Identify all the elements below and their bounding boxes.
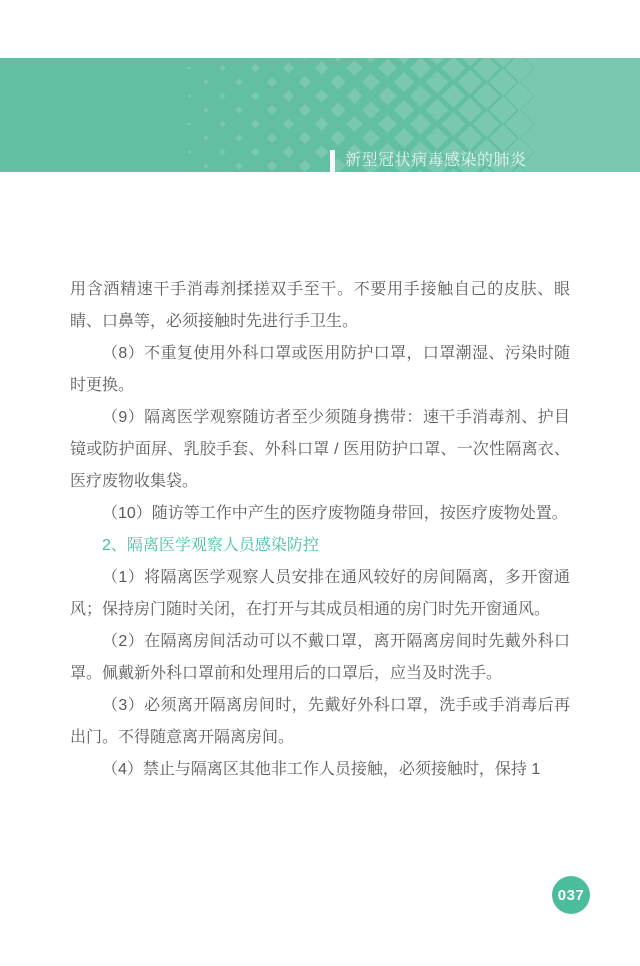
paragraph-item-10: （10）随访等工作中产生的医疗废物随身带回，按医疗废物处置。 [70,498,570,530]
handbook-title-line1: 新型冠状病毒感染的肺炎 [345,149,527,172]
handbook-title: 新型冠状病毒感染的肺炎 江苏省高校防控指导手册 [345,149,527,195]
paragraph-continuation: 用含酒精速干手消毒剂揉搓双手至干。不要用手接触自己的皮肤、眼睛、口鼻等，必须接触… [70,274,570,338]
handbook-title-line2: 江苏省高校防控指导手册 [345,172,527,195]
handbook-page: 新型冠状病毒感染的肺炎 江苏省高校防控指导手册 用含酒精速干手消毒剂揉搓双手至干… [0,0,640,966]
paragraph-item-3: （3）必须离开隔离房间时，先戴好外科口罩，洗手或手消毒后再出门。不得随意离开隔离… [70,690,570,754]
paragraph-item-8: （8）不重复使用外科口罩或医用防护口罩，口罩潮湿、污染时随时更换。 [70,338,570,402]
page-number-badge: 037 [552,876,590,914]
page-number: 037 [558,887,585,904]
page-content: 用含酒精速干手消毒剂揉搓双手至干。不要用手接触自己的皮肤、眼睛、口鼻等，必须接触… [70,274,570,786]
section-heading: 2、隔离医学观察人员感染防控 [70,530,570,562]
paragraph-item-1: （1）将隔离医学观察人员安排在通风较好的房间隔离，多开窗通风；保持房门随时关闭，… [70,562,570,626]
paragraph-item-2: （2）在隔离房间活动可以不戴口罩，离开隔离房间时先戴外科口罩。佩戴新外科口罩前和… [70,626,570,690]
title-accent-bar [330,150,335,193]
diamond-pattern [0,58,640,172]
paragraph-item-4: （4）禁止与隔离区其他非工作人员接触，必须接触时，保持 1 [70,754,570,786]
paragraph-item-9: （9）隔离医学观察随访者至少须随身携带：速干手消毒剂、护目镜或防护面屏、乳胶手套… [70,402,570,498]
header-band: 新型冠状病毒感染的肺炎 江苏省高校防控指导手册 [0,58,640,172]
